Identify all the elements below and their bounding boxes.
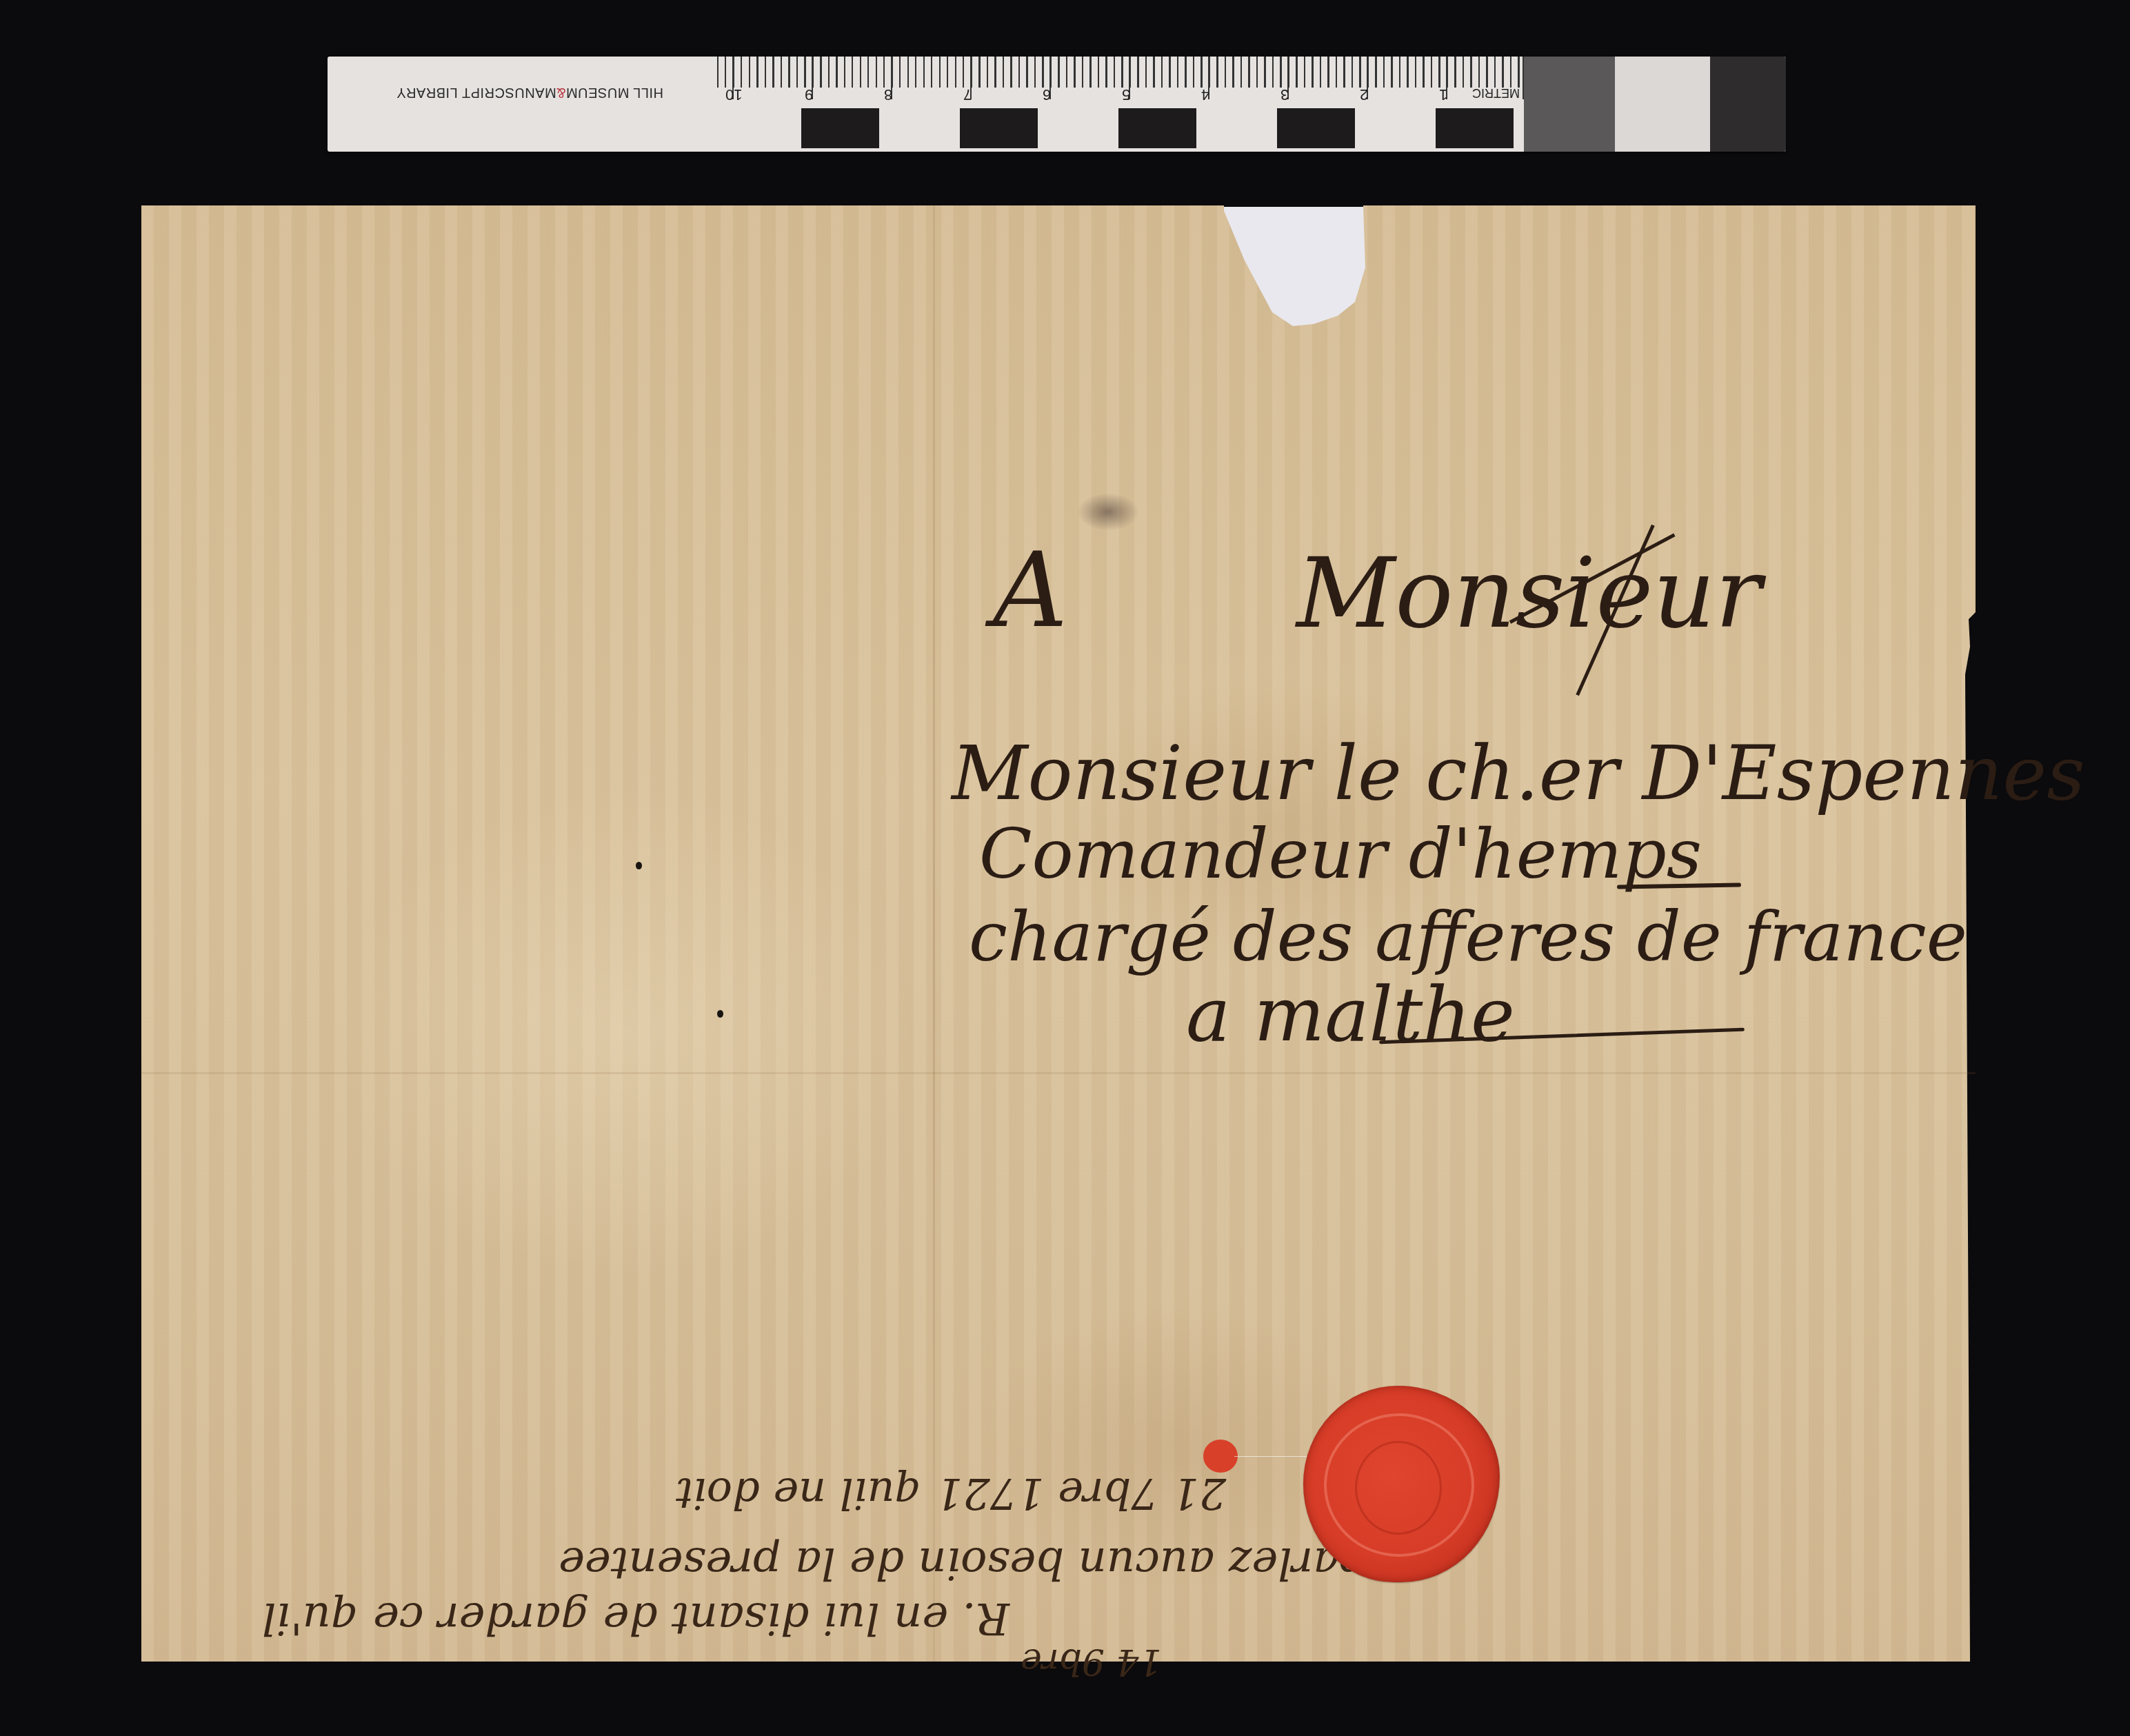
ruler-black-block: [1277, 108, 1355, 148]
ruler-number: 7: [963, 85, 972, 103]
wax-drop: [1203, 1440, 1238, 1473]
ruler-brand-right: MANUSCRIPT LIBRARY: [396, 85, 556, 100]
pin-hole: [636, 862, 642, 869]
address-salutation-a: A: [993, 531, 1067, 651]
horizontal-fold-line: [141, 1072, 1976, 1074]
inverted-note-line: 21 7bre 1721 quil ne doit: [676, 1468, 1226, 1519]
ruler-black-block: [1118, 108, 1196, 148]
ruler-number: 8: [884, 85, 892, 103]
ruler-number: 2: [1360, 85, 1368, 103]
inverted-note-line: 14 9bre: [1021, 1641, 1162, 1682]
ruler-number: 3: [1280, 85, 1289, 103]
seal-inner-emblem: [1355, 1441, 1442, 1535]
ruler-number: 6: [1043, 85, 1051, 103]
ruler-white-patch: [1615, 57, 1710, 152]
ruler-gray-patch: [1524, 57, 1615, 152]
ruler-number: 9: [805, 85, 813, 103]
address-recipient-office: chargé des afferes de france: [969, 896, 1967, 977]
ruler-brand-left: HILL MUSEUM: [566, 85, 663, 100]
address-destination: a malthe: [1186, 972, 1515, 1058]
seal-thread: [1234, 1456, 1310, 1457]
ruler-dark-patch: [1710, 57, 1786, 152]
ruler-ticks: [717, 57, 1520, 88]
ink-smudge: [1077, 493, 1139, 531]
ruler-black-block: [1436, 108, 1514, 148]
ruler-brand-amp: &: [556, 85, 566, 100]
inverted-note-line: parlez aucun besoin de la presentee: [559, 1537, 1367, 1588]
inverted-note-line: R. en lui disant de garder ce qu'il: [262, 1593, 1009, 1644]
pin-hole: [717, 1010, 723, 1018]
ruler-number: 1: [1439, 85, 1447, 103]
ruler-number: 10: [725, 85, 742, 103]
address-salutation-monsieur: Monsieur: [1296, 538, 1761, 650]
ruler-black-block: [960, 108, 1038, 148]
ruler-number: 5: [1122, 85, 1130, 103]
ruler-number: 4: [1201, 85, 1209, 103]
vertical-fold-line: [933, 205, 935, 1662]
scale-ruler: HILL MUSEUM&MANUSCRIPT LIBRARY 10 9 8 7 …: [328, 57, 1786, 152]
ruler-brand-label: HILL MUSEUM&MANUSCRIPT LIBRARY: [396, 84, 663, 100]
address-recipient-name: Monsieur le ch.er D'Espennes: [952, 731, 2085, 817]
ruler-metric-label: METRIC: [1472, 85, 1520, 100]
address-recipient-title: Comandeur d'hemps: [979, 814, 1702, 894]
ruler-black-block: [801, 108, 879, 148]
